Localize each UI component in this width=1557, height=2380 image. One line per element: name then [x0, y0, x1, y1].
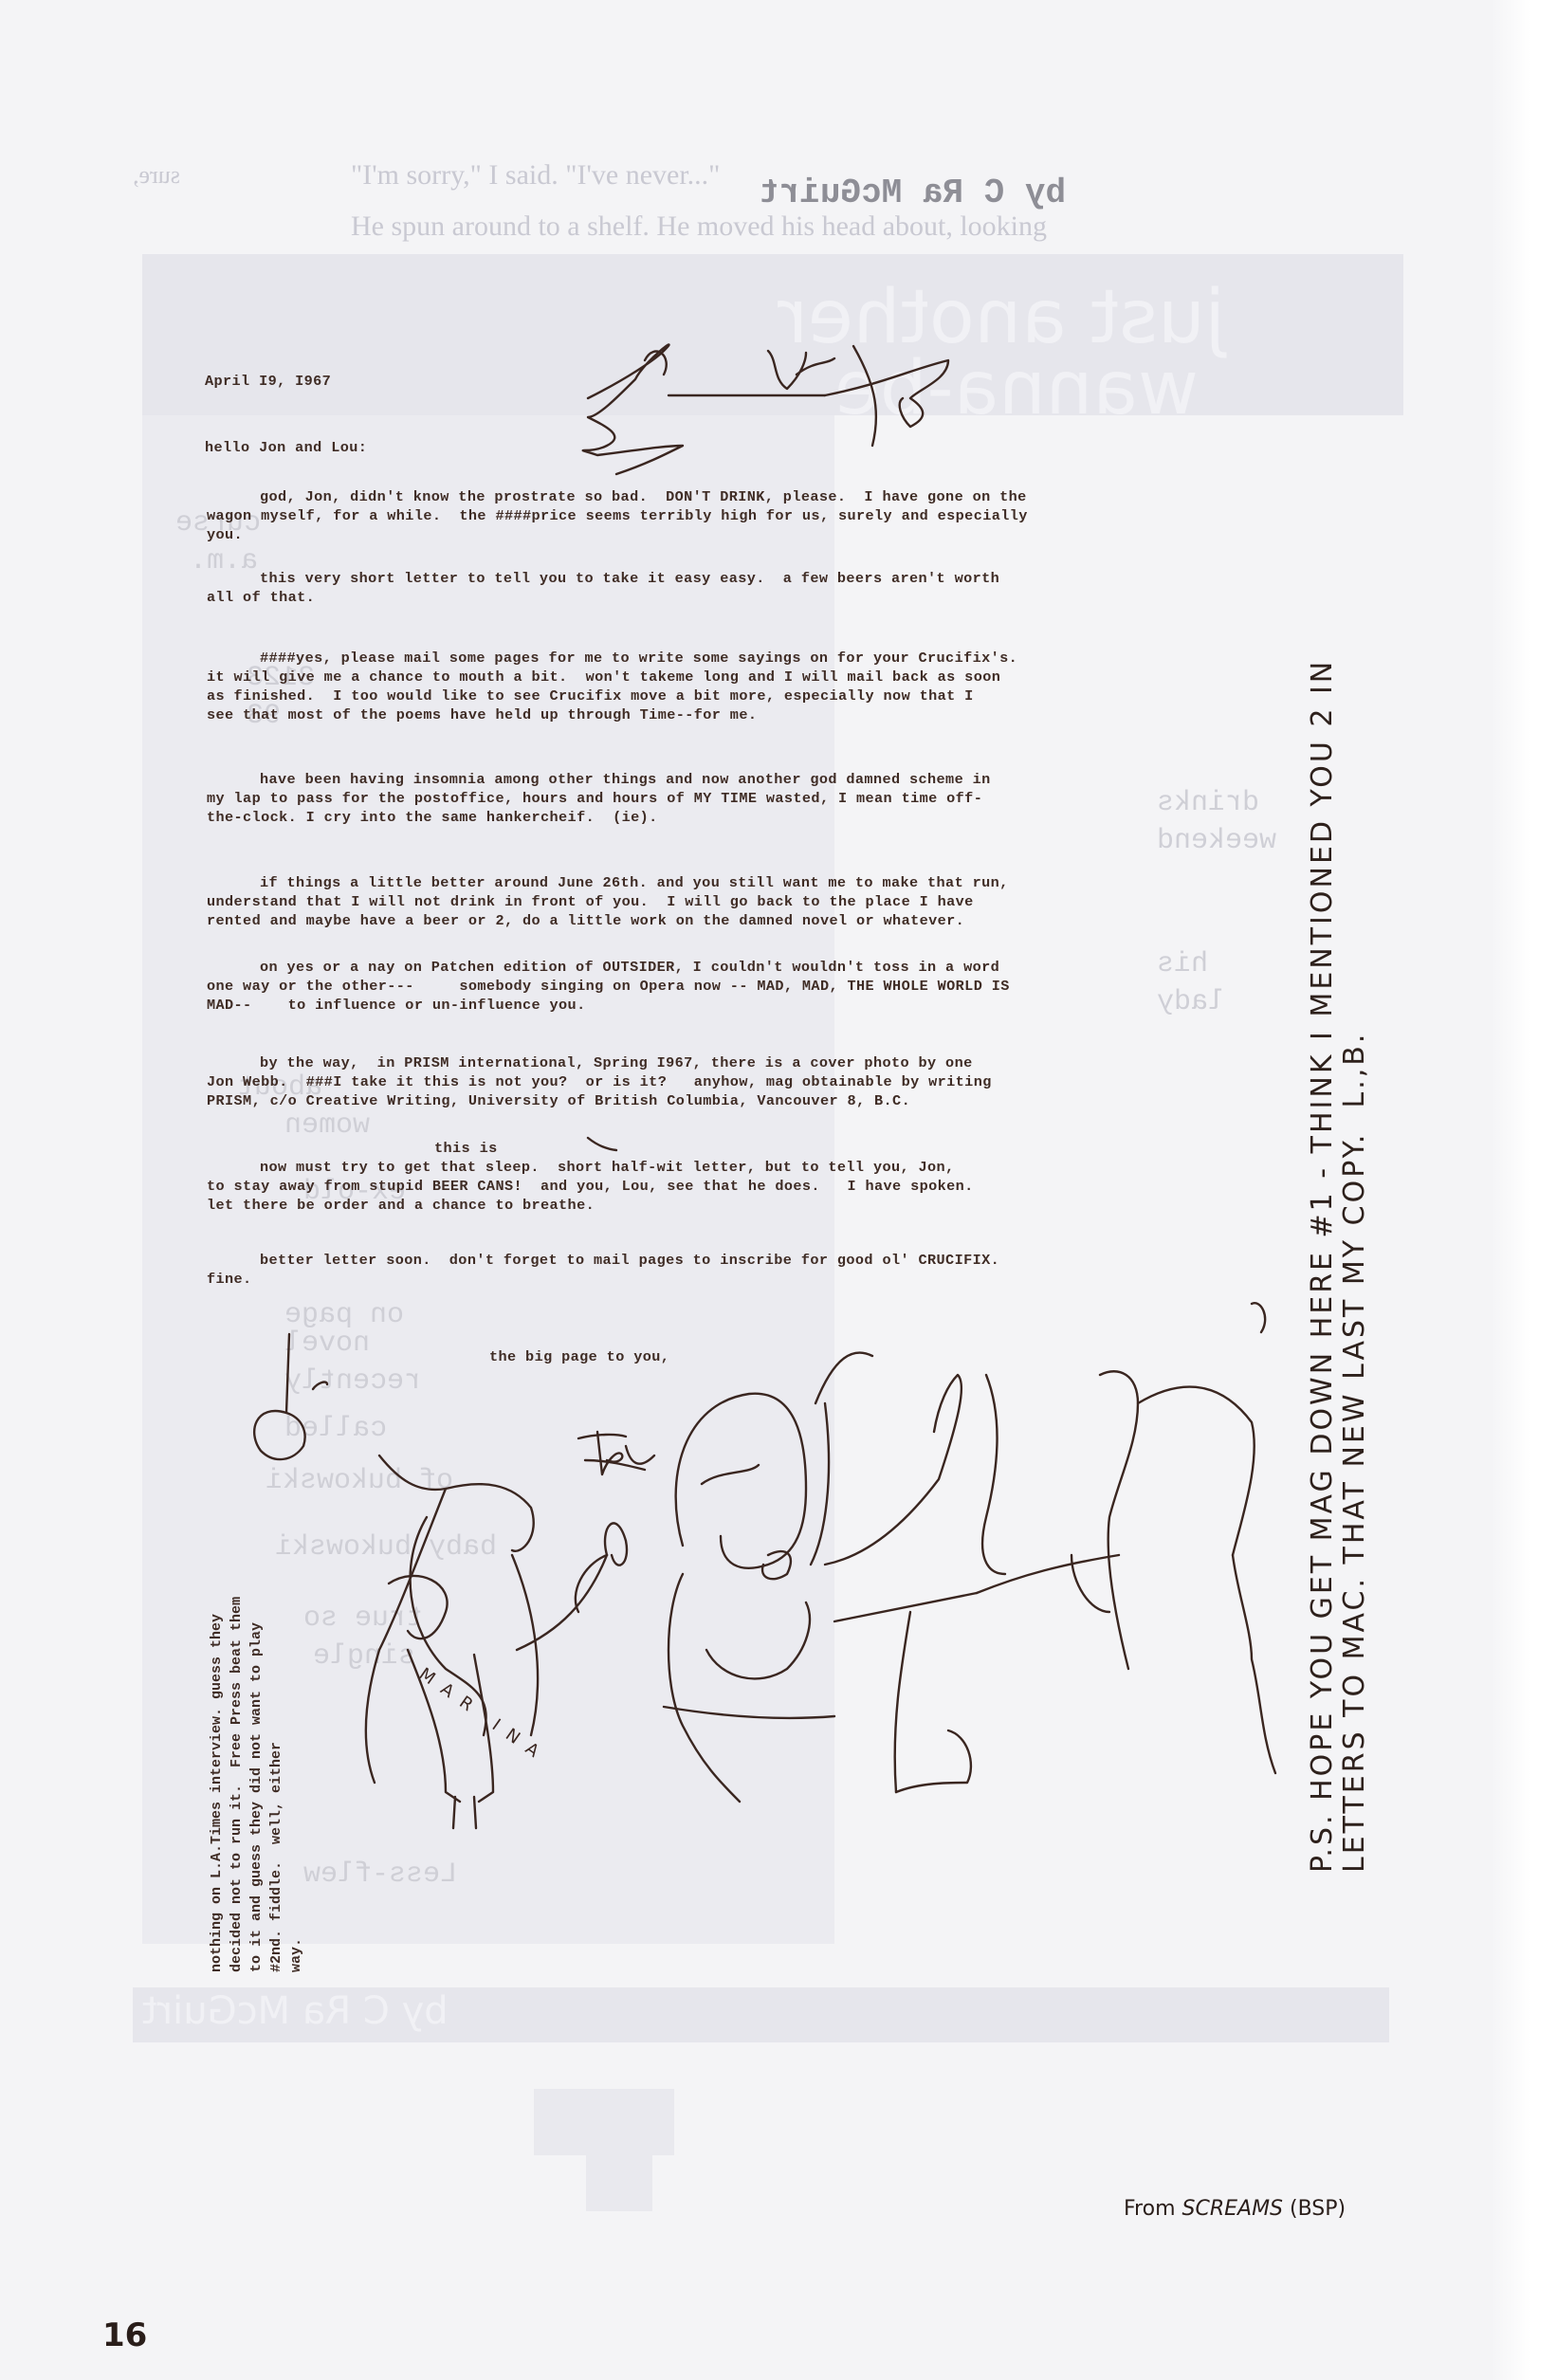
doodle-bird-icon	[583, 344, 948, 474]
pen-drawings	[0, 0, 1557, 2380]
balloon-icon	[254, 1334, 327, 1459]
right-figure-sketch	[1072, 1303, 1275, 1773]
angel-figure-sketch	[366, 1455, 627, 1828]
signature-text: Buk	[569, 1365, 572, 1384]
man-figure-sketch	[664, 1353, 1119, 1802]
source-credit: From SCREAMS (BSP)	[1124, 2197, 1346, 2221]
signature-buk	[578, 1432, 654, 1474]
arrow-line-icon	[588, 1138, 616, 1150]
page-number: 16	[102, 2316, 147, 2354]
